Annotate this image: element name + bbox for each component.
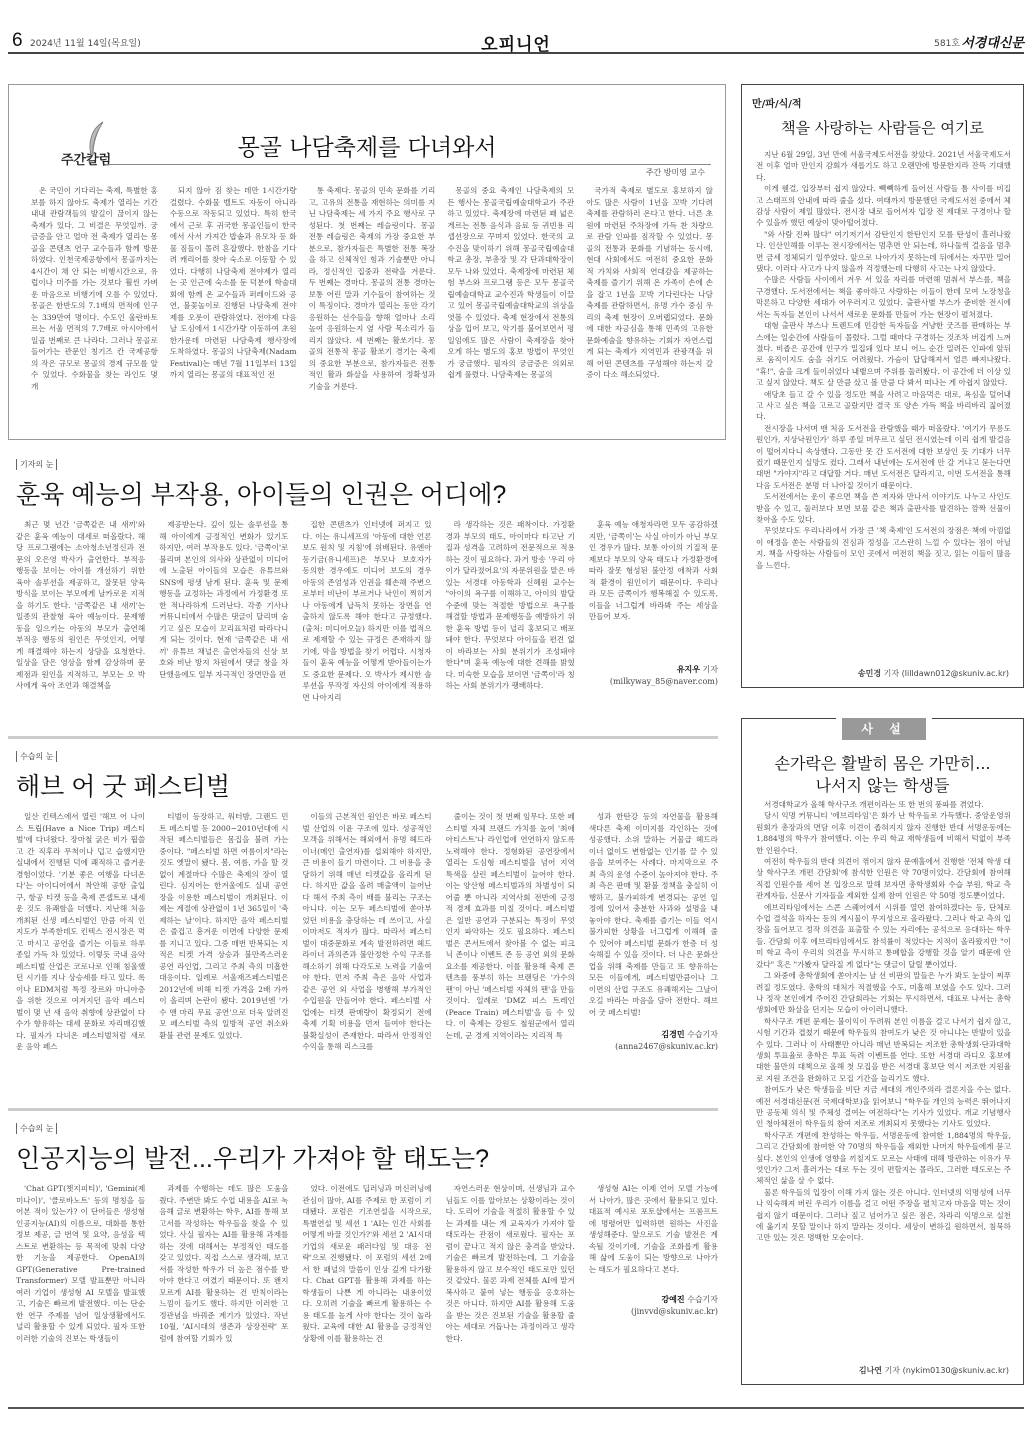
masthead: 6 2024년 11월 14일(목요일) 오피니언 581호 서경대신문	[8, 30, 1024, 54]
column-text: 라 생각하는 것은 패착이다. 가정환경과 부모의 태도, 아이마다 타고난 기…	[446, 519, 575, 692]
issue-number: 581호	[934, 36, 960, 49]
column-text: 통 축제다. 몽골의 민속 문화를 기리고, 고유의 전통을 재현하는 의미를 …	[309, 185, 436, 392]
column-text: 훈육 예능 애청자라면 모두 공감하겠지만, '금쪽이'는 사실 아이가 아닌 …	[589, 519, 718, 623]
paragraph: 물론 학우들의 입장이 이해 가지 않는 것은 아니다. 인터넷의 익명성에 너…	[756, 1187, 1011, 1244]
paragraph: 대형 출판사 부스나 트렌드에 민감한 독자들을 겨냥한 굿즈를 판매하는 부스…	[756, 320, 1011, 388]
column-text: 성과 한탄강 등의 자연물을 활용해 색다른 축제 이미지를 각인하는 것에 성…	[589, 811, 718, 1018]
column-text: 과제를 수행하는 데도 많은 도움을 줬다. 주변만 봐도 수업 내용을 AI로…	[159, 1183, 288, 1344]
author-role: 수습기자	[687, 1030, 718, 1039]
editorial-badge: 사 설	[842, 718, 926, 740]
column-text: 자연스러운 현상이며, 선생님과 교수님들도 이를 알아보는 상황이라는 것이다…	[446, 1183, 575, 1344]
paragraph: 그 와중에 총학생회에 쏟아지는 날 선 비판의 말들은 누가 봐도 눈살이 찌…	[756, 970, 1011, 1016]
paragraph: 지난 6월 29일, 3년 만에 서울국제도서전을 찾았다. 2021년 서울국…	[756, 149, 1011, 183]
column-text: 되지 않아 짐 찾는 데만 1시간가량 걸렸다. 수화물 벨트도 자동이 아니라…	[170, 185, 297, 381]
paragraph: "와 사람 진짜 많다" 여기저기서 감탄인지 한탄인지 모를 탄성이 흘러나왔…	[756, 229, 1011, 275]
column-text: 제공받는다. 깊이 있는 솔루션을 통해 아이에게 긍정적인 변화가 있기도 하…	[159, 519, 288, 680]
trainee-eye-article-ai: 수습의 눈 인공지능의 발전...우리가 가져야 할 태도는? 'Chat GP…	[8, 1116, 726, 1402]
column-text: 었다. 이전에도 딥러닝과 머신러닝에 관심이 많아, AI를 주제로 한 포럼…	[302, 1183, 431, 1344]
side-column-kicker: 만/파/식/적	[752, 95, 802, 110]
paragraph: 학사구조 개편에 찬성하는 학우들, 서명운동에 참여한 1,884명의 학우들…	[756, 1130, 1011, 1187]
column-text: 몽골의 중요 축제인 나담축제의 모든 행사는 몽골국립예술대학교가 주관하고 …	[447, 185, 574, 381]
column-body: 온 국민이 기다리는 축제, 특별한 홍보를 하지 않아도 축제가 열리는 기간…	[31, 185, 713, 392]
paragraph: 수많은 사람들 사이에서 겨우 서 있을 자리를 마련해 멈춰서 부스를, 책을…	[756, 274, 1011, 320]
reporter-eye-article: 기자의 눈 훈육 예능의 부작용, 아이들의 인권은 어디에? 최근 몇 년간 …	[8, 452, 726, 702]
author-name: 송민경	[858, 669, 881, 678]
author-byline: 김나연 기자 (nykim0130@skuniv.ac.kr)	[859, 1365, 1009, 1376]
author-name: 유지우	[677, 664, 700, 674]
column-text: 티벌이 등장하고, 워터밤, 그랜드 민트 페스티벌 등 2000~2010년대…	[159, 811, 288, 1041]
paragraph: 도서전에서는 운이 좋으면 책을 쓴 저자와 만나서 이야기도 나누고 사인도 …	[756, 491, 1011, 525]
paragraph: 여전히 학우들의 반대 의견이 꺾이지 않자 문예홀에서 진행한 '전체 학생 …	[756, 856, 1011, 902]
side-column-headline: 책을 사랑하는 사람들은 여기로	[742, 117, 1023, 138]
side-column-body: 지난 6월 29일, 3년 만에 서울국제도서전을 찾았다. 2021년 서울국…	[756, 149, 1011, 571]
editorial-article: 사 설 손가락은 활발히 몸은 가만히... 나서지 않는 학생들 서경대학교가…	[741, 718, 1024, 1385]
section-tag: 기자의 눈	[16, 459, 57, 470]
section-title: 오피니언	[8, 30, 1024, 55]
article-body: 일산 킨텍스에서 열린 '해브 어 나이스 트립(Have a Nice Tri…	[8, 811, 726, 1053]
column-text: 집한 콘텐츠가 인터넷에 퍼지고 있다. 이는 유니세프의 '아동에 대한 언론…	[302, 519, 431, 702]
paragraph: 당시 익명 커뮤니티 '에브리타임'은 화가 난 학우들로 가득했다. 중앙운영…	[756, 810, 1011, 856]
trainee-eye-article-festival: 수습의 눈 해브 어 굿 페스티벌 일산 킨텍스에서 열린 '해브 어 나이스 …	[8, 744, 726, 1054]
author-name: 강예진	[661, 1294, 684, 1304]
section-tag: 수습의 눈	[16, 1123, 57, 1134]
author-byline: 강예진 수습기자 (jinvvd@skuniv.ac.kr)	[589, 1293, 718, 1318]
article-headline: 해브 어 굿 페스티벌	[16, 767, 726, 803]
paragraph: 에브리타임에서는 스콘 스퀘어에서 시위를 열면 참여하겠다는 등, 단체로 수…	[756, 902, 1011, 970]
paragraph: 이게 웬걸, 입장부터 쉽지 않았다. 빽빽하게 들어선 사람들 틈 사이를 비…	[756, 183, 1011, 229]
article-headline: 인공지능의 발전...우리가 가져야 할 태도는?	[16, 1139, 726, 1175]
column-text: 이들의 근본적인 원인은 바로 페스티벌 산업의 이윤 구조에 있다. 성공적인…	[302, 811, 431, 1053]
author-byline: 유지우 기자 (milkyway_85@naver.com)	[589, 663, 718, 688]
article-body: 최근 몇 년간 '금쪽같은 내 새끼'와 같은 훈육 예능이 대세로 떠올랐다.…	[8, 519, 726, 702]
author-name: 김경민	[661, 1029, 684, 1039]
editorial-headline: 손가락은 활발히 몸은 가만히... 나서지 않는 학생들	[742, 753, 1023, 797]
author-email: (anna2467@skuniv.ac.kr)	[615, 1042, 718, 1051]
side-column-article: 만/파/식/적 책을 사랑하는 사람들은 여기로 지난 6월 29일, 3년 만…	[741, 84, 1024, 688]
author-email: (nykim0130@skuniv.ac.kr)	[903, 1366, 1009, 1375]
article-body: 'Chat GPT(챗지피티)', 'Gemini(제미나이)', '클로바노트…	[8, 1183, 726, 1344]
headline-line-1: 손가락은 활발히 몸은 가만히...	[742, 753, 1023, 775]
author-role: 기자	[884, 669, 899, 678]
footer-rule	[8, 1407, 1024, 1409]
paragraph: 무엇보다도 우리나라에서 가장 큰 '책 축제'인 도서전의 장점은 책에 아낌…	[756, 525, 1011, 571]
section-tag: 수습의 눈	[16, 751, 57, 762]
author-role: 수습기자	[687, 1295, 718, 1304]
article-headline: 훈육 예능의 부작용, 아이들의 인권은 어디에?	[16, 475, 726, 511]
paper-logo: 서경대신문	[961, 32, 1024, 51]
column-text: 줄이는 것이 첫 번째 임무다. 또한 페스티벌 자체 브랜드 가치를 높여 '…	[446, 811, 575, 1041]
paragraph: 서경대학교가 올해 학사구조 개편이라는 또 한 번의 풍파를 겪었다.	[756, 799, 1011, 810]
author-byline: 송민경 기자 (lilldawn012@skuniv.ac.kr)	[858, 668, 1009, 679]
author-email: (milkyway_85@naver.com)	[610, 677, 718, 686]
column-byline: 주간 방미영 교수	[646, 167, 705, 178]
author-role: 기자	[703, 665, 718, 674]
headline-line-2: 나서지 않는 학생들	[742, 775, 1023, 797]
column-text: 최근 몇 년간 '금쪽같은 내 새끼'와 같은 훈육 예능이 대세로 떠올랐다.…	[16, 519, 145, 692]
author-email: (jinvvd@skuniv.ac.kr)	[631, 1307, 718, 1316]
paragraph: 전시장을 나서며 맨 처음 도서전을 관람했을 때가 떠올랐다. '여기가 무릉…	[756, 423, 1011, 491]
author-byline: 김경민 수습기자 (anna2467@skuniv.ac.kr)	[589, 1028, 718, 1053]
headline-rule	[105, 164, 711, 165]
paragraph: 학사구조 개편 문제는 불이익이 두려워 본인 이름을 걸고 나서기 쉽지 않고…	[756, 1016, 1011, 1084]
author-role: 기자	[885, 1366, 900, 1375]
paragraph: 참여도가 낮은 학생들을 비단 지금 세대의 개인주의라 결론지을 수는 없다.…	[756, 1084, 1011, 1130]
editorial-body: 서경대학교가 올해 학사구조 개편이라는 또 한 번의 풍파를 겪었다. 당시 …	[756, 799, 1011, 1244]
author-name: 김나연	[859, 1366, 882, 1375]
column-headline: 몽골 나담축제를 다녀와서	[9, 129, 725, 162]
weekly-column-article: 주간칼럼 몽골 나담축제를 다녀와서 주간 방미영 교수 온 국민이 기다리는 …	[8, 84, 726, 440]
author-email: (lilldawn012@skuniv.ac.kr)	[902, 669, 1009, 678]
column-text: 일산 킨텍스에서 열린 '해브 어 나이스 트립(Have a Nice Tri…	[16, 811, 145, 1053]
column-text: 국가적 축제로 별도로 홍보하지 않아도 많은 사람이 1년을 꼬박 기다려 축…	[586, 185, 713, 381]
column-text: 'Chat GPT(챗지피티)', 'Gemini(제미나이)', '클로바노트…	[16, 1183, 145, 1344]
column-text: 생성형 AI는 이제 언어 모델 기능에서 나아가, 많은 곳에서 활용되고 있…	[589, 1183, 718, 1275]
column-text: 온 국민이 기다리는 축제, 특별한 홍보를 하지 않아도 축제가 열리는 기간…	[31, 185, 158, 392]
paragraph: 애당초 들고 갈 수 있을 정도만 책을 사려고 마음먹은 대로, 욕심을 덜어…	[756, 389, 1011, 423]
